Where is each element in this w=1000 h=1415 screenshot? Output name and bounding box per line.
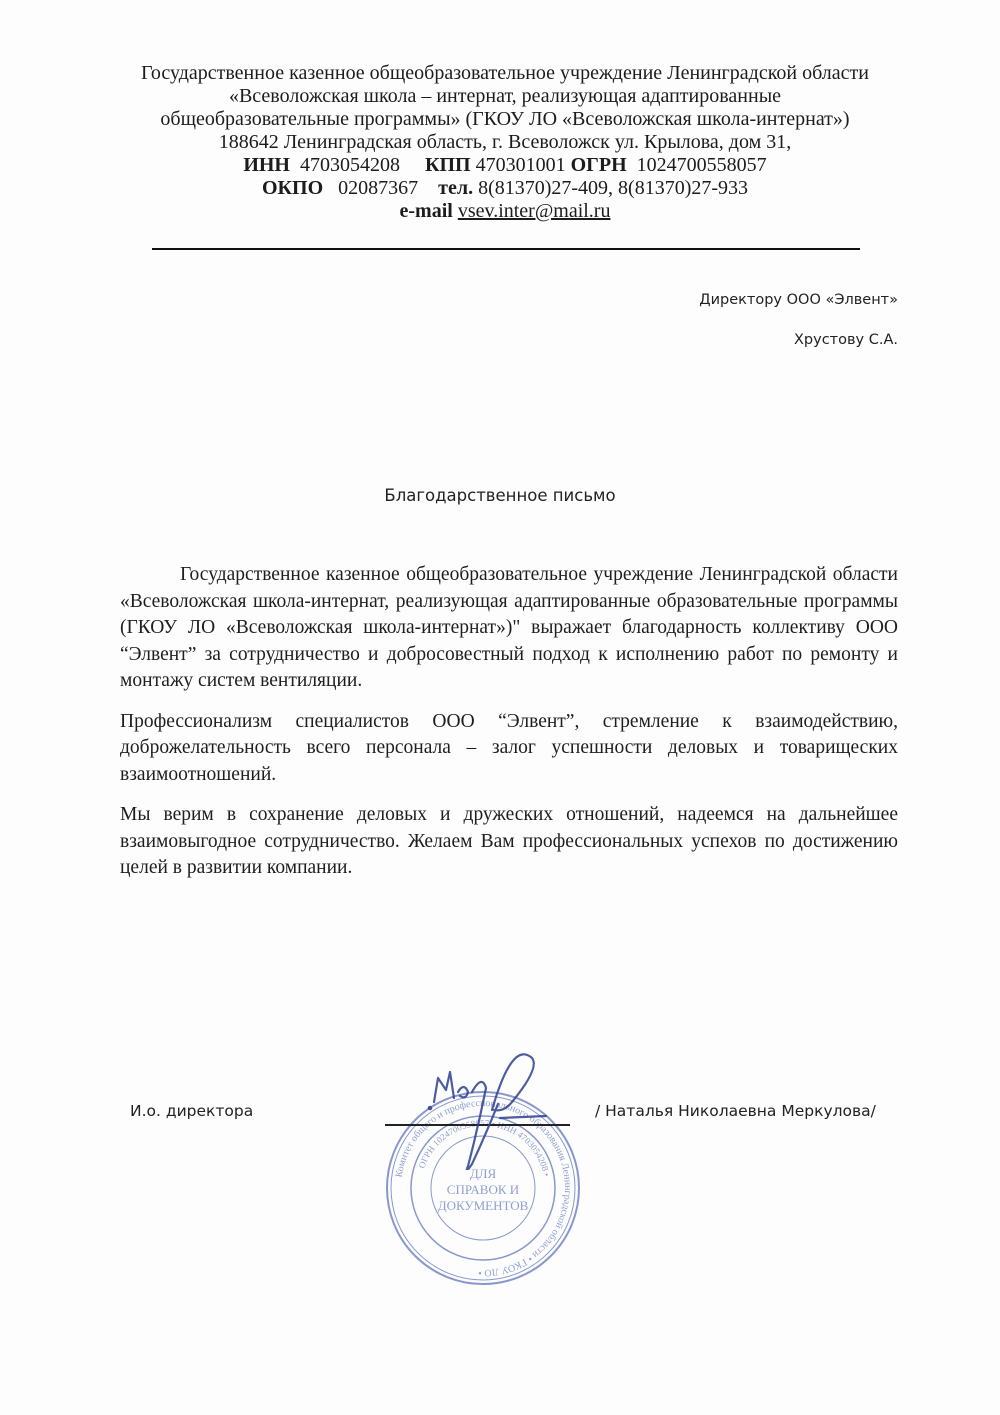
body-paragraph-2: Профессионализм специалистов ООО “Элвент… [120, 709, 898, 789]
letter-title: Благодарственное письмо [0, 486, 1000, 505]
letterhead-divider [152, 248, 860, 250]
tel-label: тел. [438, 177, 473, 199]
letterhead-registration-line: ИНН 4703054208 КПП 470301001 ОГРН 102470… [100, 154, 910, 177]
letterhead-contact-line: ОКПО 02087367 тел. 8(81370)27-409, 8(813… [100, 177, 910, 200]
ogrn-value: 1024700558057 [637, 154, 767, 176]
body-paragraph-1: Государственное казенное общеобразовател… [120, 562, 898, 695]
recipient-position: Директору ООО «Элвент» [699, 292, 898, 316]
tel-value: 8(81370)27-409, 8(81370)27-933 [478, 177, 748, 199]
ogrn-label: ОГРН [571, 154, 627, 176]
recipient-block: Директору ООО «Элвент» Хрустову С.А. [699, 292, 898, 348]
okpo-value: 02087367 [338, 177, 418, 199]
letterhead-line-4: 188642 Ленинградская область, г. Всеволо… [100, 131, 910, 154]
kpp-label: КПП [425, 154, 471, 176]
svg-text:ДОКУМЕНТОВ: ДОКУМЕНТОВ [438, 1198, 529, 1213]
email-link[interactable]: vsev.inter@mail.ru [458, 200, 611, 222]
letterhead-line-1: Государственное казенное общеобразовател… [100, 62, 910, 85]
signatory-position: И.о. директора [130, 1102, 253, 1120]
inn-value: 4703054208 [300, 154, 400, 176]
letterhead: Государственное казенное общеобразовател… [100, 62, 910, 223]
letter-body: Государственное казенное общеобразовател… [120, 562, 898, 896]
recipient-name: Хрустову С.А. [699, 332, 898, 348]
letterhead-line-3: общеобразовательные программы» (ГКОУ ЛО … [100, 108, 910, 131]
letterhead-line-2: «Всеволожская школа – интернат, реализую… [100, 85, 910, 108]
kpp-value: 470301001 [476, 154, 566, 176]
inn-label: ИНН [243, 154, 290, 176]
body-paragraph-3: Мы верим в сохранение деловых и дружески… [120, 802, 898, 882]
signatory-name: / Наталья Николаевна Меркулова/ [595, 1102, 876, 1120]
letter-page: Государственное казенное общеобразовател… [0, 0, 1000, 1415]
svg-text:СПРАВОК И: СПРАВОК И [447, 1182, 519, 1197]
handwritten-signature-icon [420, 1050, 560, 1170]
okpo-label: ОКПО [262, 177, 323, 199]
letterhead-email-line: e-mail vsev.inter@mail.ru [100, 200, 910, 223]
email-label: e-mail [400, 200, 453, 222]
